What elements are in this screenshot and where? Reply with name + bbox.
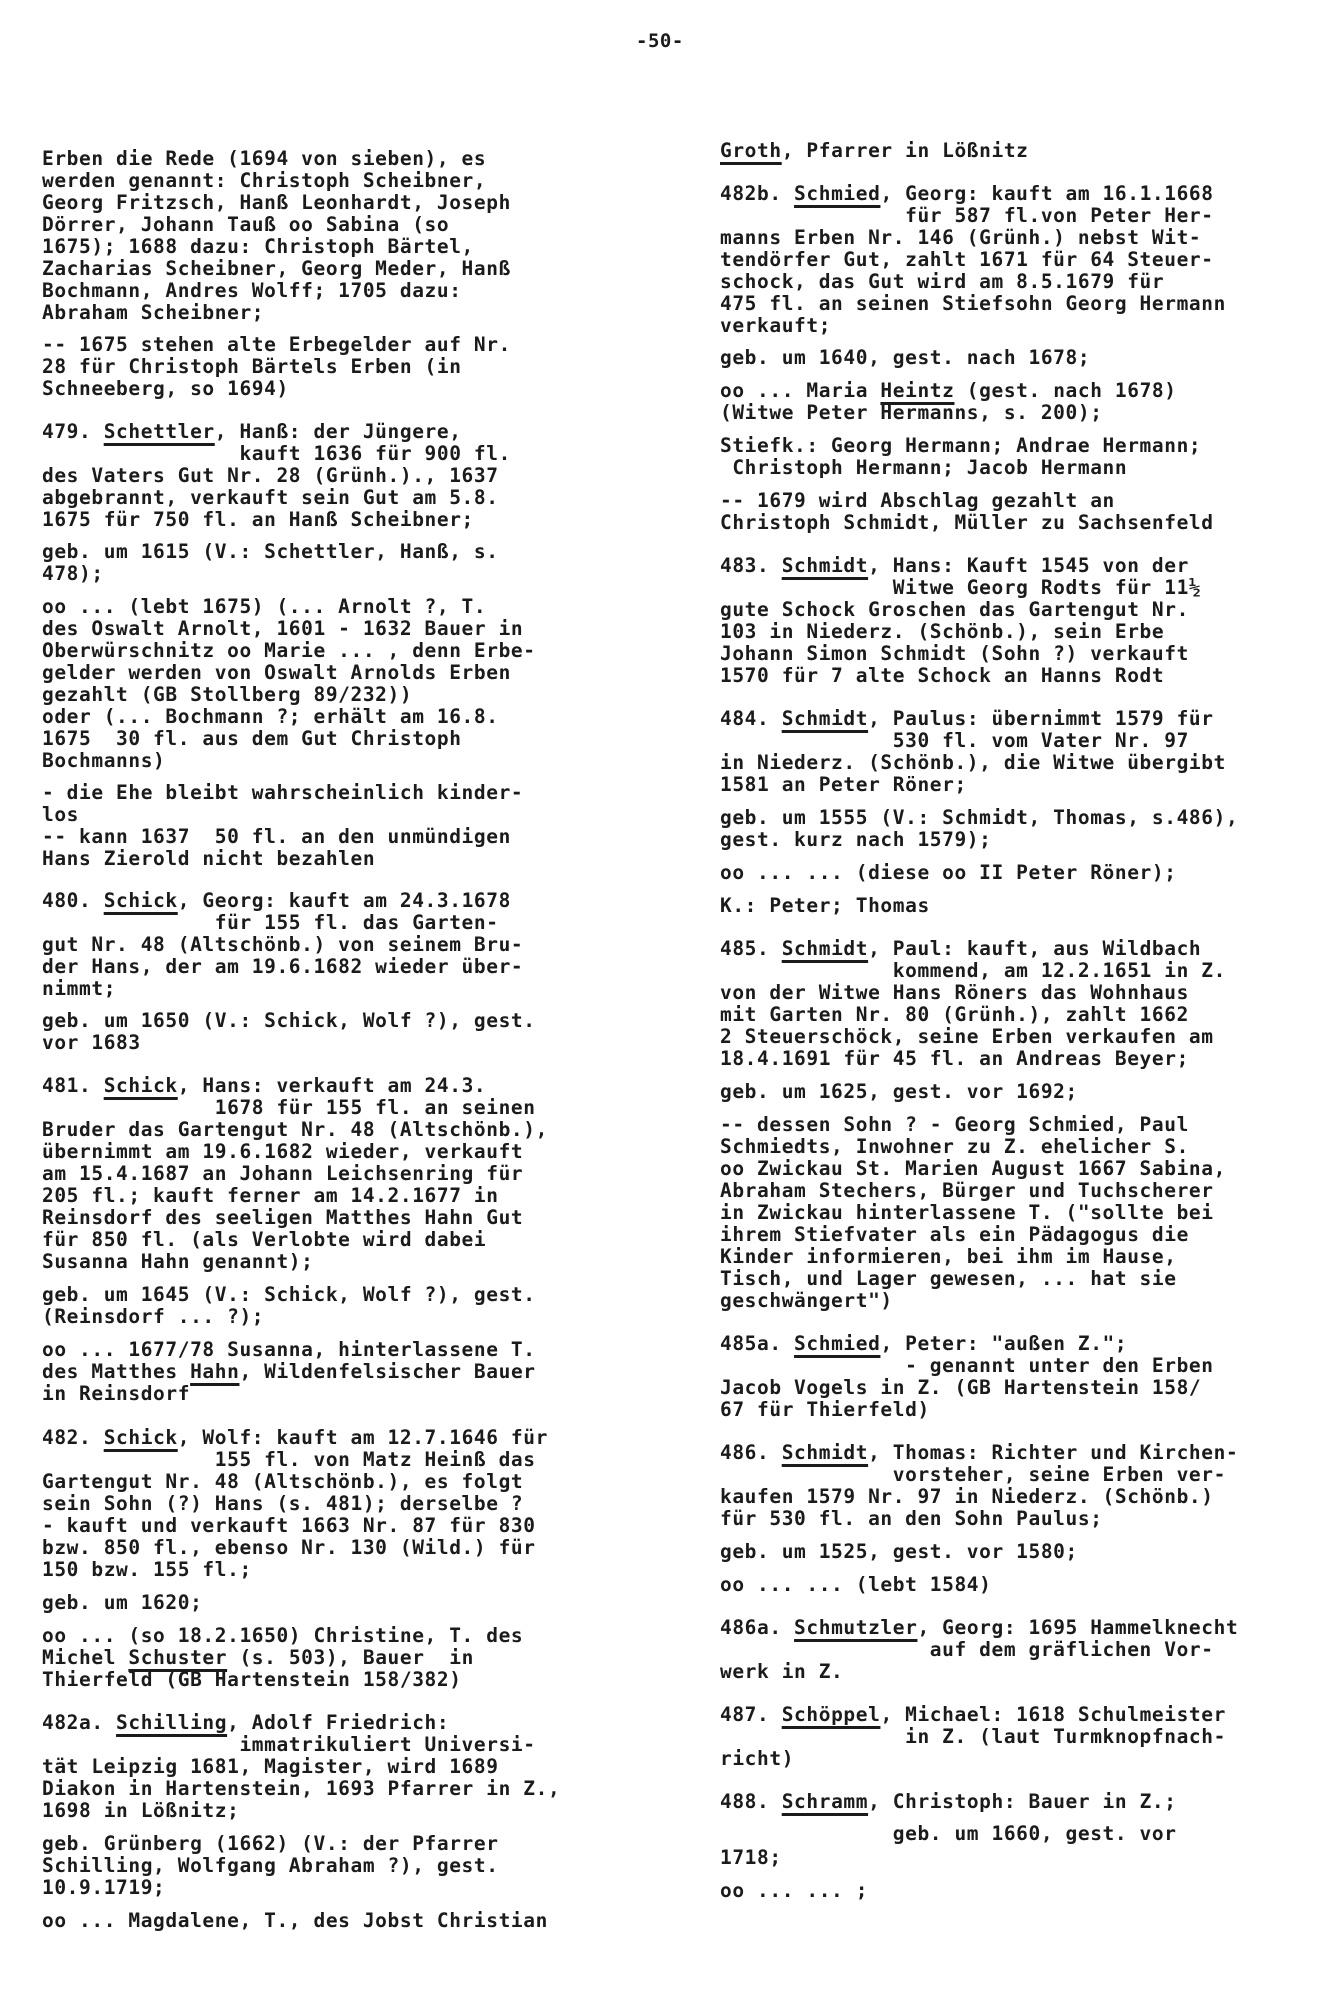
text-line: 1678 für 155 fl. an seinen — [42, 1097, 536, 1119]
surname-underlined: Schick — [104, 889, 178, 912]
text-line: Hans Zierold nicht bezahlen — [42, 848, 375, 870]
entry-number: 482a. — [42, 1711, 116, 1734]
entry-number: 479. — [42, 420, 104, 443]
entry-heading-line: 481. Schick, Hans: verkauft am 24.3. — [42, 1075, 486, 1097]
surname-underlined: Schettler — [104, 420, 215, 443]
surname-underlined: Schuster — [128, 1646, 227, 1669]
text-line: geb. um 1620; — [42, 1592, 202, 1614]
text-line: geb. um 1615 (V.: Schettler, Hanß, s. — [42, 541, 499, 563]
text-line: Tisch, und Lager gewesen, ... hat sie — [720, 1268, 1177, 1290]
text-line: abgebrannt, verkauft sein Gut am 5.8. — [42, 487, 499, 509]
text-line: oo Zwickau St. Marien August 1667 Sabina… — [720, 1158, 1226, 1180]
text-line: ihrem Stiefvater als ein Pädagogus die — [720, 1224, 1189, 1246]
text-line: Susanna Hahn genannt); — [42, 1251, 313, 1273]
text-line: nimmt; — [42, 978, 116, 1000]
text-line: oo ... (lebt 1675) (... Arnolt ?, T. — [42, 596, 486, 618]
text-line: übernimmt am 19.6.1682 wieder, verkauft — [42, 1141, 523, 1163]
entry-text: , Peter: "außen Z."; — [880, 1332, 1127, 1355]
text-line: 1698 in Lößnitz; — [42, 1800, 239, 1822]
text-line: manns Erben Nr. 146 (Grünh.) nebst Wit- — [720, 227, 1201, 249]
text-line: immatrikuliert Universi- — [42, 1734, 536, 1756]
entry-heading-line: 485. Schmidt, Paul: kauft, aus Wildbach — [720, 938, 1201, 960]
text-line: kaufen 1579 Nr. 97 in Niederz. (Schönb.) — [720, 1486, 1214, 1508]
text-line: Diakon in Hartenstein, 1693 Pfarrer in Z… — [42, 1778, 560, 1800]
text-line: kommend, am 12.2.1651 in Z. — [720, 960, 1226, 982]
surname-underlined: Schick — [104, 1074, 178, 1097]
text-line: Witwe Georg Rodts für 11½ — [720, 577, 1201, 599]
entry-text: , Paul: kauft, aus Wildbach — [868, 937, 1201, 960]
text-line: am 15.4.1687 an Johann Leichsenring für — [42, 1163, 523, 1185]
text-line: Reinsdorf des seeligen Matthes Hahn Gut — [42, 1207, 523, 1229]
text-line: oo ... Magdalene, T., des Jobst Christia… — [42, 1910, 548, 1932]
text-line: 1675 30 fl. aus dem Gut Christoph — [42, 728, 462, 750]
entry-number: des Matthes — [42, 1360, 190, 1383]
text-line: -- dessen Sohn ? - Georg Schmied, Paul — [720, 1114, 1189, 1136]
text-line: 1718; — [720, 1847, 782, 1869]
entry-text: , Georg: 1695 Hammelknecht — [917, 1616, 1238, 1639]
entry-heading-line: 482. Schick, Wolf: kauft am 12.7.1646 fü… — [42, 1427, 548, 1449]
entry-text: , Hans: Kauft 1545 von der — [868, 554, 1189, 577]
entry-number: 483. — [720, 554, 782, 577]
text-line: 478); — [42, 563, 104, 585]
text-line: -- 1679 wird Abschlag gezahlt an — [720, 490, 1115, 512]
entry-number: 485a. — [720, 1332, 794, 1355]
entry-number: 487. — [720, 1703, 782, 1726]
text-line: Johann Simon Schmidt (Sohn ?) verkauft — [720, 643, 1189, 665]
text-line: Thierfeld (GB Hartenstein 158/382) — [42, 1669, 462, 1691]
entry-text: , Wolf: kauft am 12.7.1646 für — [178, 1426, 548, 1449]
text-line: in Z. (laut Turmknopfnach- — [720, 1726, 1226, 1748]
text-line: - genannt unter den Erben — [720, 1355, 1214, 1377]
text-line: Jacob Vogels in Z. (GB Hartenstein 158/ — [720, 1377, 1201, 1399]
text-line: K.: Peter; Thomas — [720, 895, 930, 917]
entry-number: 488. — [720, 1790, 782, 1813]
entry-heading-line: 479. Schettler, Hanß: der Jüngere, — [42, 421, 462, 443]
entry-text: , Hans: verkauft am 24.3. — [178, 1074, 487, 1097]
text-line: 18.4.1691 für 45 fl. an Andreas Beyer; — [720, 1048, 1189, 1070]
entry-heading-line: 485a. Schmied, Peter: "außen Z."; — [720, 1333, 1127, 1355]
text-line: Christoph Hermann; Jacob Hermann — [720, 457, 1127, 479]
text-line: Kinder informieren, bei ihm im Hause, — [720, 1246, 1177, 1268]
surname-underlined: Schmidt — [782, 707, 868, 730]
text-line: Erben die Rede (1694 von sieben), es — [42, 148, 486, 170]
text-line: oo ... ... (diese oo II Peter Röner); — [720, 862, 1177, 884]
text-line: von der Witwe Hans Röners das Wohnhaus — [720, 982, 1189, 1004]
text-line: oo ... 1677/78 Susanna, hinterlassene T. — [42, 1339, 536, 1361]
text-line: vor 1683 — [42, 1032, 141, 1054]
text-line: bzw. 850 fl., ebenso Nr. 130 (Wild.) für — [42, 1537, 536, 1559]
entry-text: (gest. nach 1678) — [954, 379, 1176, 402]
text-line: 1570 für 7 alte Schock an Hanns Rodt — [720, 665, 1164, 687]
text-line: 28 für Christoph Bärtels Erben (in — [42, 356, 462, 378]
entry-heading-line: 488. Schramm, Christoph: Bauer in Z.; — [720, 1791, 1177, 1813]
text-line: richt) — [720, 1748, 794, 1770]
text-line: gelder werden von Oswalt Arnolds Erben — [42, 662, 511, 684]
page-number: -50- — [636, 30, 684, 52]
entry-number: 484. — [720, 707, 782, 730]
surname-underlined: Schmidt — [782, 937, 868, 960]
text-line: 1675); 1688 dazu: Christoph Bärtel, — [42, 236, 474, 258]
text-line: gut Nr. 48 (Altschönb.) von seinem Bru- — [42, 934, 523, 956]
entry-heading-line: Michel Schuster (s. 503), Bauer in — [42, 1647, 474, 1669]
text-line: für 850 fl. (als Verlobte wird dabei — [42, 1229, 486, 1251]
text-line: für 155 fl. das Garten- — [42, 912, 499, 934]
text-line: 103 in Niederz. (Schönb.), sein Erbe — [720, 621, 1164, 643]
entry-heading-line: 486. Schmidt, Thomas: Richter und Kirche… — [720, 1442, 1238, 1464]
entry-text: , Michael: 1618 Schulmeister — [880, 1703, 1226, 1726]
surname-underlined: Schilling — [116, 1711, 227, 1734]
text-line: geb. Grünberg (1662) (V.: der Pfarrer — [42, 1833, 499, 1855]
text-line: schock, das Gut wird am 8.5.1679 für — [720, 271, 1164, 293]
text-line: Christoph Schmidt, Müller zu Sachsenfeld — [720, 512, 1214, 534]
text-line: 530 fl. vom Vater Nr. 97 — [720, 730, 1189, 752]
text-line: werk in Z. — [720, 1661, 843, 1683]
text-line: 155 fl. von Matz Heinß das — [42, 1449, 536, 1471]
entry-number: 482. — [42, 1426, 104, 1449]
text-line: oder (... Bochmann ?; erhält am 16.8. — [42, 706, 499, 728]
text-line: -- 1675 stehen alte Erbegelder auf Nr. — [42, 334, 511, 356]
entry-heading-line: 487. Schöppel, Michael: 1618 Schulmeiste… — [720, 1704, 1226, 1726]
text-line: geb. um 1525, gest. vor 1580; — [720, 1541, 1078, 1563]
text-line: vorsteher, seine Erben ver- — [720, 1464, 1226, 1486]
entry-text: , Pfarrer in Lößnitz — [782, 139, 1029, 162]
entry-number: Michel — [42, 1646, 128, 1669]
text-line: werden genannt: Christoph Scheibner, — [42, 170, 486, 192]
surname-underlined: Schramm — [782, 1790, 868, 1813]
text-line: oo ... ... (lebt 1584) — [720, 1574, 991, 1596]
text-line: geb. um 1640, gest. nach 1678; — [720, 347, 1090, 369]
entry-text: , Adolf Friedrich: — [227, 1711, 449, 1734]
text-line: in Zwickau hinterlassene T. ("sollte bei — [720, 1202, 1214, 1224]
surname-underlined: Groth — [720, 139, 782, 162]
text-line: Schilling, Wolfgang Abraham ?), gest. — [42, 1855, 499, 1877]
surname-underlined: Schöppel — [782, 1703, 881, 1726]
surname-underlined: Schmidt — [782, 554, 868, 577]
text-line: 2 Steuerschöck, seine Erben verkaufen am — [720, 1026, 1214, 1048]
text-line: -- kann 1637 50 fl. an den unmündigen — [42, 826, 511, 848]
entry-text: , Christoph: Bauer in Z.; — [868, 1790, 1177, 1813]
text-line: in Niederz. (Schönb.), die Witwe übergib… — [720, 752, 1226, 774]
entry-heading-line: oo ... Maria Heintz (gest. nach 1678) — [720, 380, 1177, 402]
text-line: geb. um 1660, gest. vor — [720, 1823, 1177, 1845]
text-line: - kauft und verkauft 1663 Nr. 87 für 830 — [42, 1515, 536, 1537]
surname-underlined: Heintz — [880, 379, 954, 402]
text-line: 1581 an Peter Röner; — [720, 774, 967, 796]
text-line: - die Ehe bleibt wahrscheinlich kinder- — [42, 782, 523, 804]
text-line: Abraham Stechers, Bürger und Tuchscherer — [720, 1180, 1214, 1202]
text-line: (Witwe Peter Hermanns, s. 200); — [720, 402, 1103, 424]
text-line: geb. um 1555 (V.: Schmidt, Thomas, s.486… — [720, 807, 1238, 829]
text-line: Schmiedts, Inwohner zu Z. ehelicher S. — [720, 1136, 1189, 1158]
text-line: Abraham Scheibner; — [42, 302, 264, 324]
entry-heading-line: 483. Schmidt, Hans: Kauft 1545 von der — [720, 555, 1189, 577]
entry-number: 485. — [720, 937, 782, 960]
text-line: 150 bzw. 155 fl.; — [42, 1559, 252, 1581]
text-line: in Reinsdorf — [42, 1383, 190, 1405]
text-line: gezahlt (GB Stollberg 89/232)) — [42, 684, 412, 706]
text-line: 475 fl. an seinen Stiefsohn Georg Herman… — [720, 293, 1226, 315]
text-line: für 530 fl. an den Sohn Paulus; — [720, 1508, 1103, 1530]
text-line: Gartengut Nr. 48 (Altschönb.), es folgt — [42, 1471, 523, 1493]
text-line: Oberwürschnitz oo Marie ... , denn Erbe- — [42, 640, 536, 662]
text-line: Zacharias Scheibner, Georg Meder, Hanß — [42, 258, 511, 280]
surname-underlined: Hahn — [190, 1360, 239, 1383]
text-line: geb. um 1650 (V.: Schick, Wolf ?), gest. — [42, 1010, 536, 1032]
entry-heading-line: Groth, Pfarrer in Lößnitz — [720, 140, 1029, 162]
entry-heading-line: 480. Schick, Georg: kauft am 24.3.1678 — [42, 890, 511, 912]
entry-number: oo ... Maria — [720, 379, 880, 402]
text-line: 205 fl.; kauft ferner am 14.2.1677 in — [42, 1185, 499, 1207]
text-line: des Vaters Gut Nr. 28 (Grünh.)., 1637 — [42, 465, 499, 487]
text-line: Bruder das Gartengut Nr. 48 (Altschönb.)… — [42, 1119, 548, 1141]
text-line: tät Leipzig 1681, Magister, wird 1689 — [42, 1756, 499, 1778]
text-line: für 587 fl.von Peter Her- — [720, 205, 1214, 227]
entry-number: 481. — [42, 1074, 104, 1097]
text-line: tendörfer Gut, zahlt 1671 für 64 Steuer- — [720, 249, 1214, 271]
text-line: Dörrer, Johann Tauß oo Sabina (so — [42, 214, 449, 236]
text-line: Bochmanns) — [42, 750, 165, 772]
text-line: Bochmann, Andres Wolff; 1705 dazu: — [42, 280, 462, 302]
text-line: Stiefk.: Georg Hermann; Andrae Hermann; — [720, 435, 1201, 457]
text-line: (Reinsdorf ... ?); — [42, 1306, 264, 1328]
surname-underlined: Schmutzler — [794, 1616, 917, 1639]
entry-heading-line: 482a. Schilling, Adolf Friedrich: — [42, 1712, 449, 1734]
text-line: der Hans, der am 19.6.1682 wieder über- — [42, 956, 523, 978]
text-line: los — [42, 804, 79, 826]
surname-underlined: Schmied — [794, 182, 880, 205]
text-line: geb. um 1625, gest. vor 1692; — [720, 1081, 1078, 1103]
text-line: oo ... (so 18.2.1650) Christine, T. des — [42, 1625, 523, 1647]
entry-text: , Paulus: übernimmt 1579 für — [868, 707, 1214, 730]
text-line: geb. um 1645 (V.: Schick, Wolf ?), gest. — [42, 1284, 536, 1306]
text-line: sein Sohn (?) Hans (s. 481); derselbe ? — [42, 1493, 523, 1515]
entry-text: , Hanß: der Jüngere, — [215, 420, 462, 443]
text-line: mit Garten Nr. 80 (Grünh.), zahlt 1662 — [720, 1004, 1189, 1026]
surname-underlined: Schmidt — [782, 1441, 868, 1464]
entry-text: , Wildenfelsischer Bauer — [239, 1360, 535, 1383]
entry-number: 480. — [42, 889, 104, 912]
entry-number: 486. — [720, 1441, 782, 1464]
text-line: geschwängert") — [720, 1290, 893, 1312]
text-line: 10.9.1719; — [42, 1877, 165, 1899]
text-line: gest. kurz nach 1579); — [720, 829, 991, 851]
entry-text: , Georg: kauft am 24.3.1678 — [178, 889, 511, 912]
entry-heading-line: 486a. Schmutzler, Georg: 1695 Hammelknec… — [720, 1617, 1238, 1639]
entry-heading-line: 482b. Schmied, Georg: kauft am 16.1.1668 — [720, 183, 1214, 205]
text-line: Schneeberg, so 1694) — [42, 378, 289, 400]
document-page: -50- Erben die Rede (1694 von sieben), e… — [0, 0, 1321, 1994]
entry-heading-line: des Matthes Hahn, Wildenfelsischer Bauer — [42, 1361, 536, 1383]
text-line: Georg Fritzsch, Hanß Leonhardt, Joseph — [42, 192, 511, 214]
text-line: verkauft; — [720, 315, 831, 337]
entry-text: , Georg: kauft am 16.1.1668 — [880, 182, 1213, 205]
entry-number: 482b. — [720, 182, 794, 205]
entry-heading-line: 484. Schmidt, Paulus: übernimmt 1579 für — [720, 708, 1214, 730]
surname-underlined: Schmied — [794, 1332, 880, 1355]
entry-text: , Thomas: Richter und Kirchen- — [868, 1441, 1238, 1464]
text-line: des Oswalt Arnolt, 1601 - 1632 Bauer in — [42, 618, 523, 640]
surname-underlined: Schick — [104, 1426, 178, 1449]
text-line: 67 für Thierfeld) — [720, 1399, 930, 1421]
entry-number: 486a. — [720, 1616, 794, 1639]
text-line: auf dem gräflichen Vor- — [720, 1639, 1214, 1661]
entry-text: (s. 503), Bauer in — [227, 1646, 474, 1669]
text-line: kauft 1636 für 900 fl. — [42, 443, 511, 465]
text-line: 1675 für 750 fl. an Hanß Scheibner; — [42, 509, 474, 531]
text-line: oo ... ... ; — [720, 1880, 868, 1902]
text-line: gute Schock Groschen das Gartengut Nr. — [720, 599, 1189, 621]
